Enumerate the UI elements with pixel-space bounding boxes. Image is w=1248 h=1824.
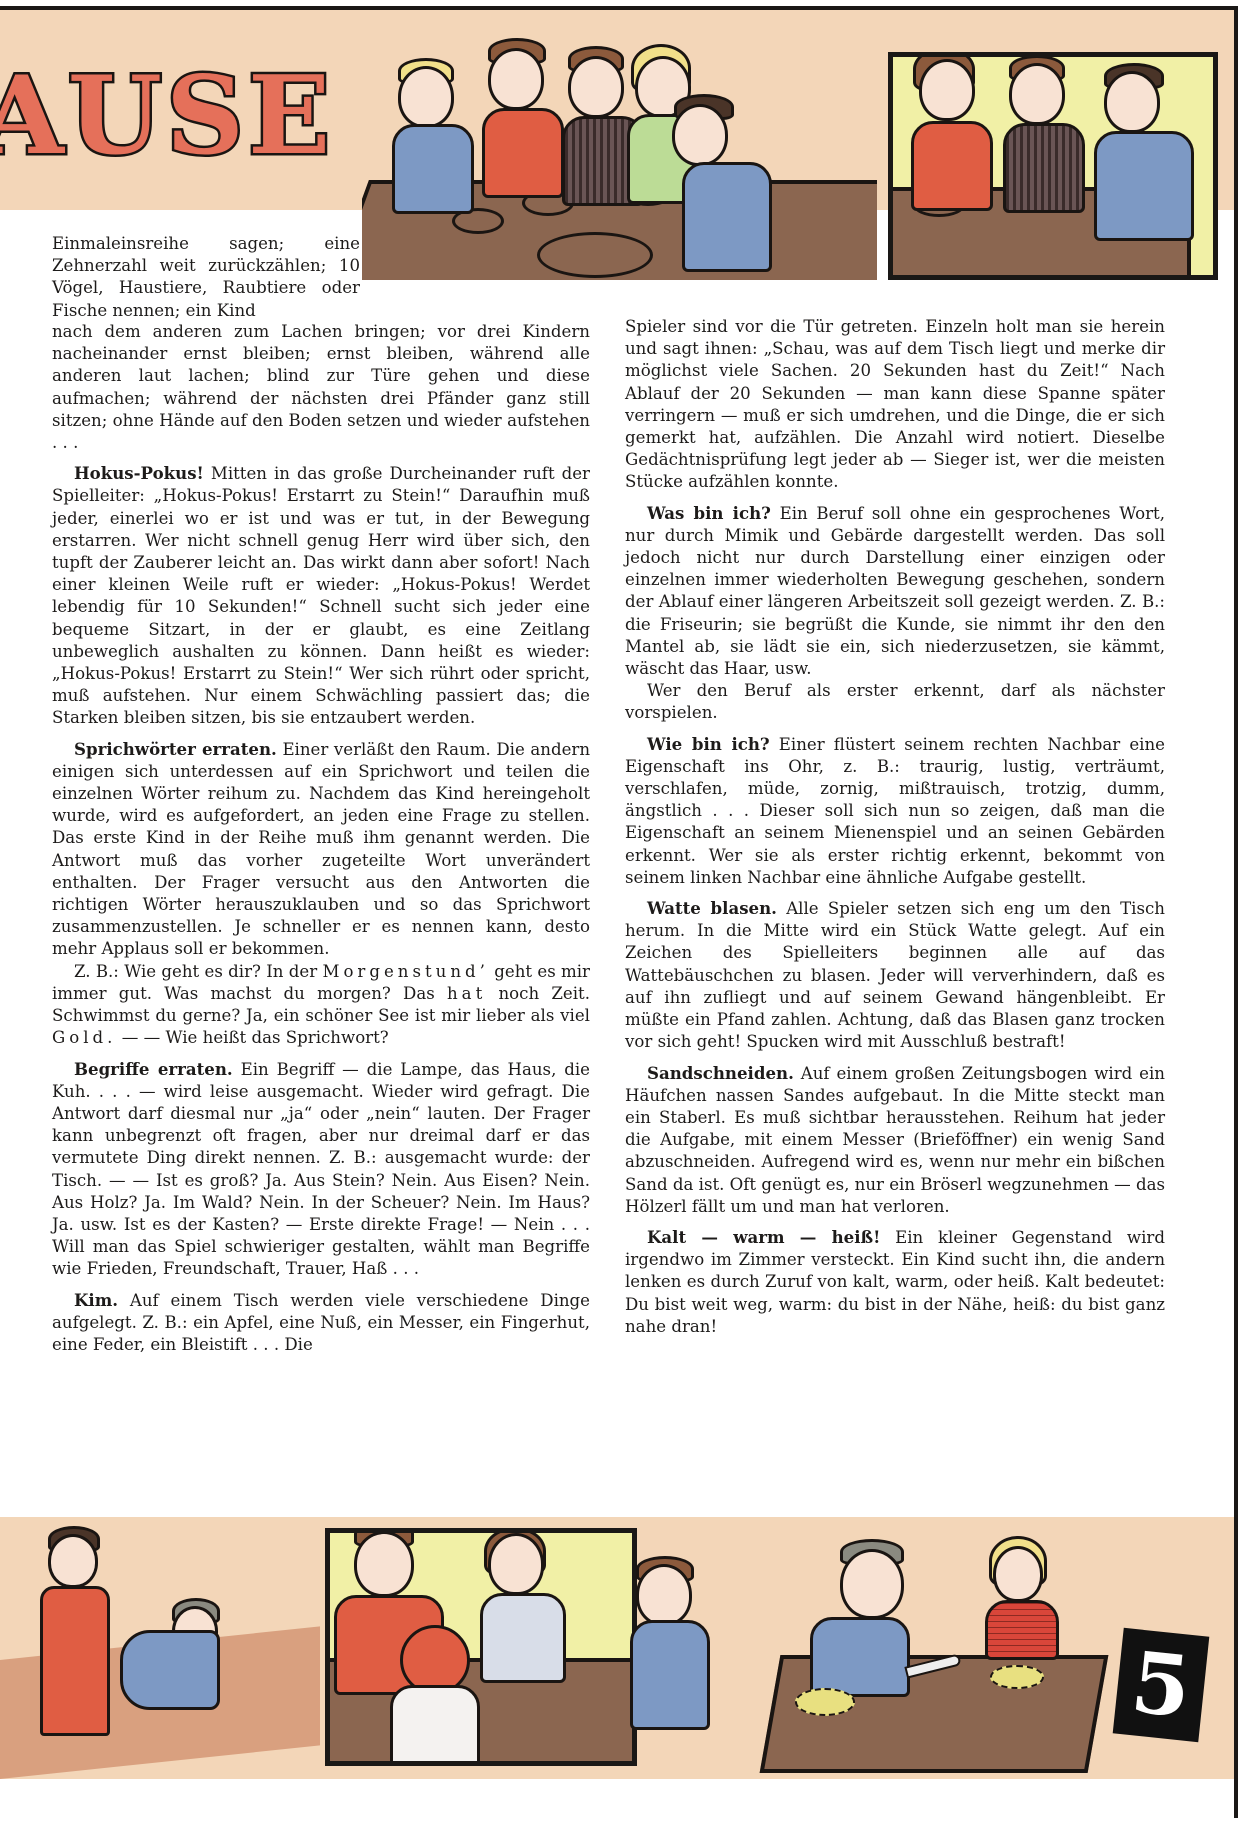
left-column: nach dem anderen zum Lachen bringen; vor… xyxy=(52,321,590,1364)
drawn-circle xyxy=(537,232,653,278)
paragraph: Spieler sind vor die Tür getreten. Einze… xyxy=(625,316,1165,494)
section-was-bin-ich: Was bin ich? Ein Beruf soll ohne ein ges… xyxy=(625,502,1165,681)
section-text: Alle Spieler setzen sich eng um den Tisc… xyxy=(625,899,1165,1051)
section-heading: Begriffe erraten. xyxy=(74,1059,233,1079)
section-heading: Kalt — warm — heiß! xyxy=(647,1227,880,1247)
section-text: Mitten in das große Durcheinander ruft d… xyxy=(52,464,590,727)
paragraph: nach dem anderen zum Lachen bringen; vor… xyxy=(52,321,590,454)
section-text: Einer flüstert seinem rechten Nachbar ei… xyxy=(625,735,1165,887)
sand-pile xyxy=(795,1688,855,1716)
section-kim: Kim. Auf einem Tisch werden viele versch… xyxy=(52,1289,590,1357)
paragraph: Einmaleinsreihe sagen; eine Zehnerzahl w… xyxy=(52,233,360,322)
emphasis-word: hat xyxy=(447,984,486,1003)
section-text: Auf einem Tisch werden viele verschieden… xyxy=(52,1291,590,1354)
section-hokus-pokus: Hokus-Pokus! Mitten in das große Durchei… xyxy=(52,462,590,729)
section-heading: Wie bin ich? xyxy=(647,734,770,754)
section-sprichwoerter: Sprichwörter erraten. Einer verläßt den … xyxy=(52,738,590,961)
emphasis-word: Morgenstund’ xyxy=(322,962,489,981)
section-text: Ein Beruf soll ohne ein gesprochenes Wor… xyxy=(625,504,1165,678)
left-column-intro: Einmaleinsreihe sagen; eine Zehnerzahl w… xyxy=(52,233,360,330)
section-heading: Hokus-Pokus! xyxy=(74,463,204,483)
page-title: AUSE xyxy=(0,62,334,170)
section-text: Ein Begriff — die Lampe, das Haus, die K… xyxy=(52,1060,590,1279)
section-begriffe: Begriffe erraten. Ein Begriff — die Lamp… xyxy=(52,1058,590,1281)
illustration-bottom-middle xyxy=(325,1528,637,1766)
right-column: Spieler sind vor die Tür getreten. Einze… xyxy=(625,316,1165,1346)
section-heading: Sprichwörter erraten. xyxy=(74,739,277,759)
section-heading: Watte blasen. xyxy=(647,898,777,918)
section-heading: Sandschneiden. xyxy=(647,1063,794,1083)
paragraph: Wer den Beruf als erster erkennt, darf a… xyxy=(625,680,1165,724)
section-example: Z. B.: Wie geht es dir? In der Morgenstu… xyxy=(52,961,590,1050)
section-sandschneiden: Sandschneiden. Auf einem großen Zeitungs… xyxy=(625,1062,1165,1218)
section-text: Auf einem großen Zeitungsbogen wird ein … xyxy=(625,1064,1165,1216)
section-kalt-warm-heiss: Kalt — warm — heiß! Ein kleiner Gegensta… xyxy=(625,1226,1165,1338)
section-text: Einer verläßt den Raum. Die andern einig… xyxy=(52,740,590,959)
sand-pile xyxy=(990,1665,1044,1689)
illustration-top-left xyxy=(362,10,877,280)
section-heading: Kim. xyxy=(74,1290,118,1310)
section-heading: Was bin ich? xyxy=(647,503,771,523)
page-number: 5 xyxy=(1113,1628,1210,1742)
section-watte-blasen: Watte blasen. Alle Spieler setzen sich e… xyxy=(625,897,1165,1053)
section-wie-bin-ich: Wie bin ich? Einer flüstert seinem recht… xyxy=(625,733,1165,889)
emphasis-word: Gold. xyxy=(52,1028,116,1047)
illustration-top-right xyxy=(888,52,1218,280)
